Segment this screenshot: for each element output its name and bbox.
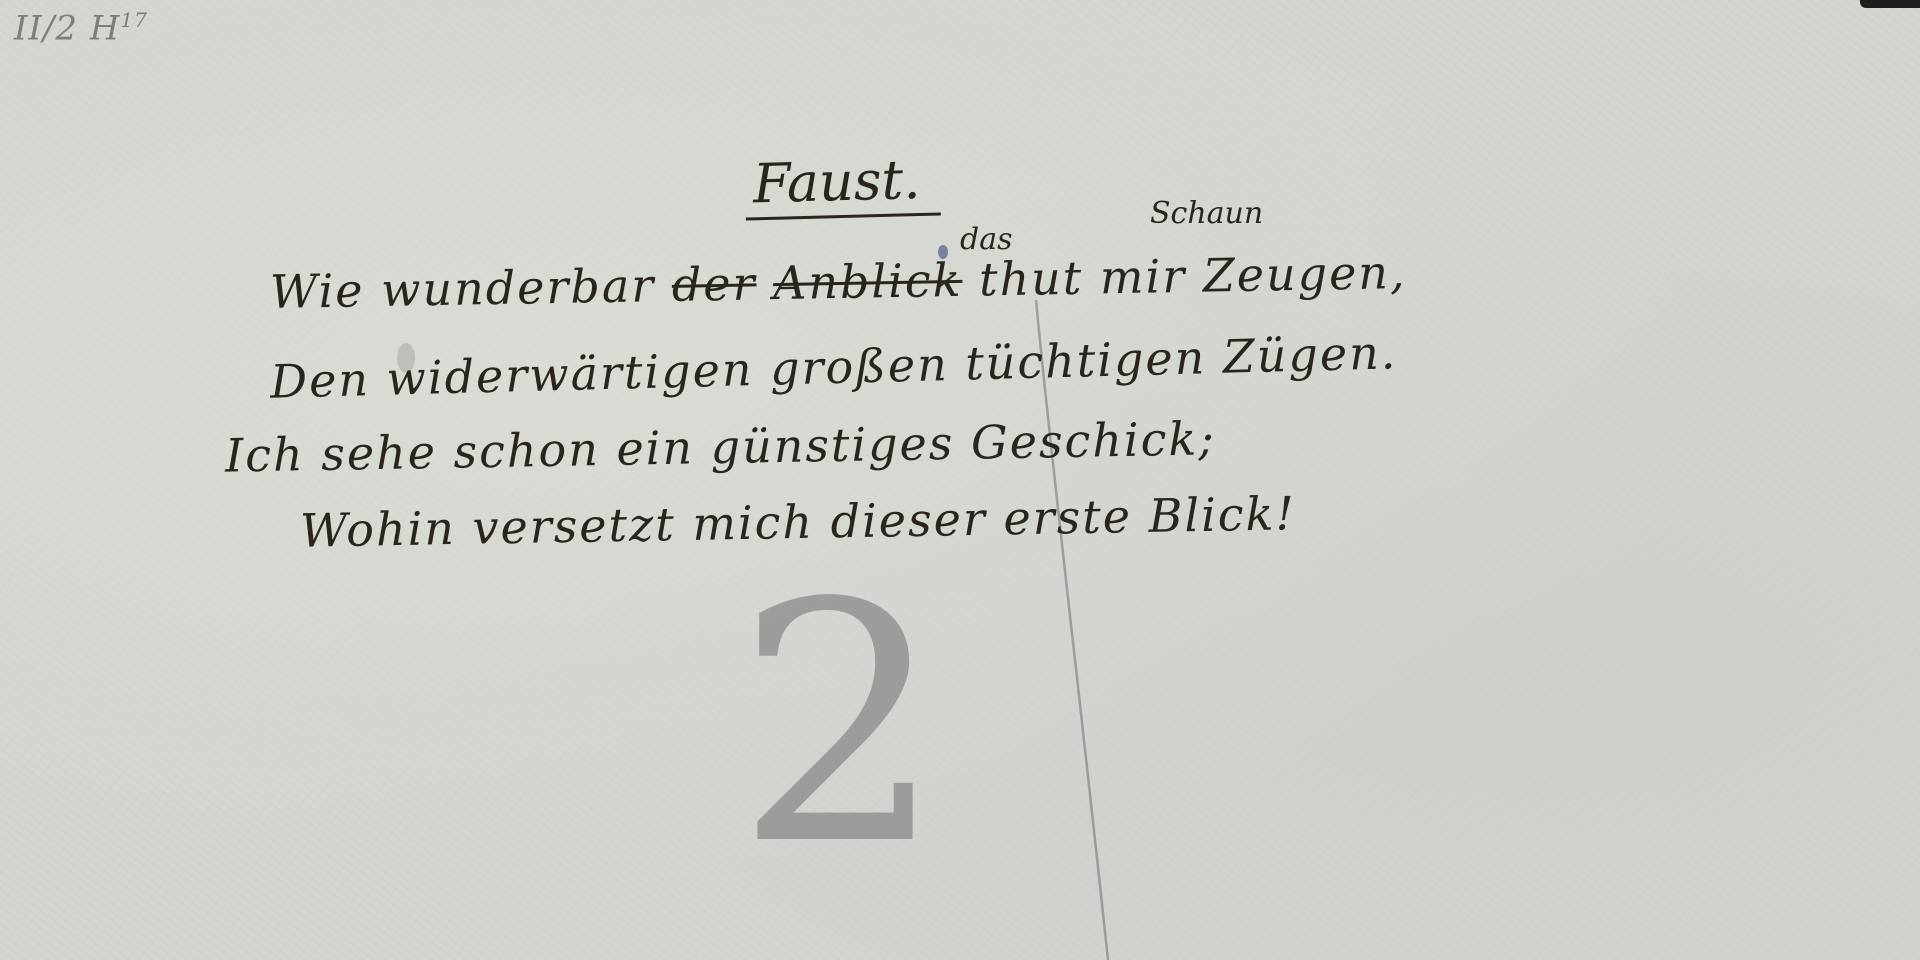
verse-line-3: Ich sehe schon ein günstiges Geschick; (225, 411, 1217, 482)
insertion-schaun: Schaun (1150, 196, 1263, 231)
line1-deleted-word-2: Anblick (773, 253, 963, 310)
line1-text-b: thut mir Zeugen, (962, 245, 1407, 307)
title-heading: Faust. (744, 147, 941, 220)
line1-space (756, 256, 774, 310)
pencil-folio-number: 2 (735, 560, 945, 890)
line1-text-a: Wie wunderbar (270, 258, 673, 319)
line1-deleted-word-1: der (671, 256, 757, 311)
verse-line-1: Wie wunderbar der Anblick thut mir Zeuge… (270, 245, 1407, 319)
verse-line-2: Den widerwärtigen großen tüchtigen Zügen… (269, 325, 1397, 408)
manuscript-text: Faust. das Schaun Wie wunderbar der Anbl… (0, 0, 1920, 960)
